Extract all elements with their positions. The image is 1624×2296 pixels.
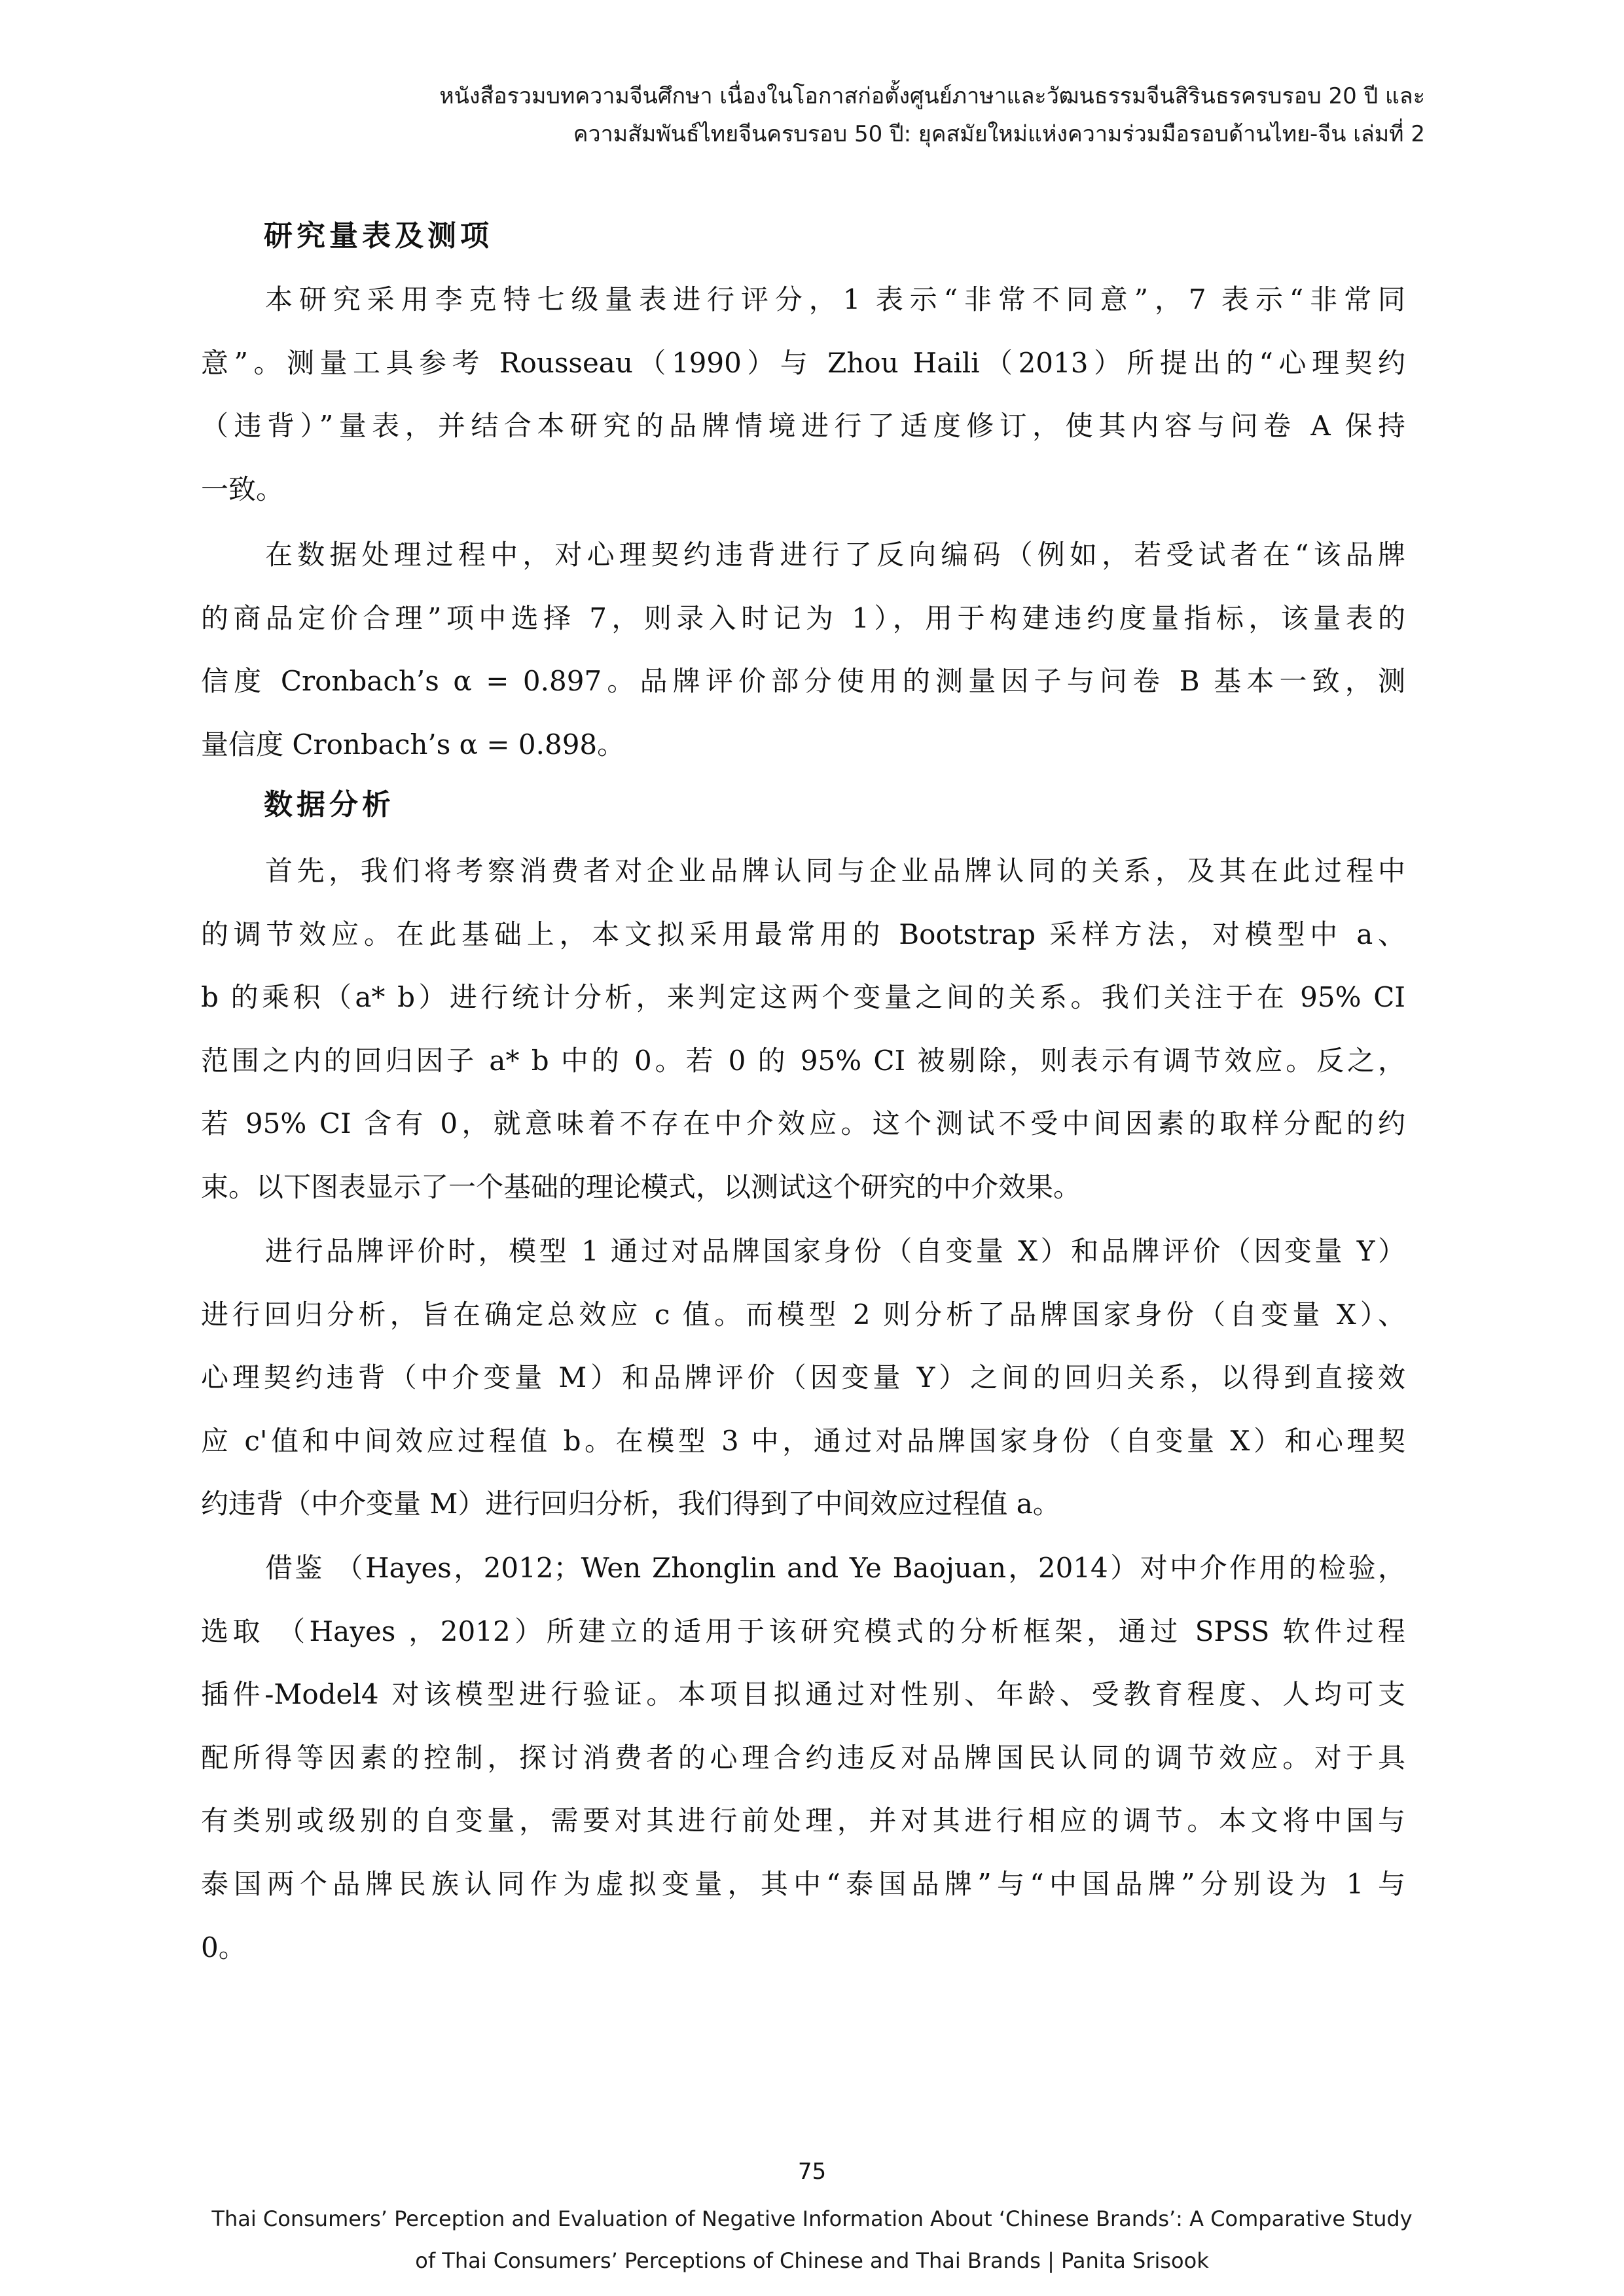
- paragraph-line: 配所得等因素的控制，探讨消费者的心理合约违反对品牌国民认同的调节效应。对于具: [201, 1727, 1405, 1790]
- running-footer: Thai Consumers’ Perception and Evaluatio…: [0, 2198, 1624, 2282]
- running-header: หนังสือรวมบทความจีนศึกษา เนื่องในโอกาสก่…: [439, 77, 1425, 153]
- paragraph-line: 本研究采用李克特七级量表进行评分，1 表示“非常不同意”，7 表示“非常同: [201, 268, 1405, 332]
- paragraph-models: 进行品牌评价时，模型 1 通过对品牌国家身份（自变量 X）和品牌评价（因变量 Y…: [201, 1220, 1405, 1536]
- running-header-line-2: ความสัมพันธ์ไทยจีนครบรอบ 50 ปี: ยุคสมัยใ…: [439, 115, 1425, 153]
- footer-title-line-2: of Thai Consumers’ Perceptions of Chines…: [0, 2240, 1624, 2282]
- paragraph-likert-scale: 本研究采用李克特七级量表进行评分，1 表示“非常不同意”，7 表示“非常同 意”…: [201, 268, 1405, 521]
- paragraph-line: 选取 （Hayes ，2012）所建立的适用于该研究模式的分析框架，通过 SPS…: [201, 1600, 1405, 1664]
- paragraph-line: 首先，我们将考察消费者对企业品牌认同与企业品牌认同的关系，及其在此过程中: [201, 840, 1405, 903]
- paragraph-line: 束。以下图表显示了一个基础的理论模式，以测试这个研究的中介效果。: [201, 1156, 1405, 1219]
- running-header-line-1: หนังสือรวมบทความจีนศึกษา เนื่องในโอกาสก่…: [439, 77, 1425, 115]
- section-heading-data-analysis: 数据分析: [264, 785, 395, 825]
- paragraph-line: 意”。测量工具参考 Rousseau（1990）与 Zhou Haili（201…: [201, 332, 1405, 395]
- paragraph-bootstrap: 首先，我们将考察消费者对企业品牌认同与企业品牌认同的关系，及其在此过程中 的调节…: [201, 840, 1405, 1219]
- paragraph-line: 的商品定价合理”项中选择 7，则录入时记为 1），用于构建违约度量指标，该量表的: [201, 587, 1405, 651]
- paragraph-line: 0。: [201, 1916, 1405, 1980]
- page-number: 75: [0, 2157, 1624, 2186]
- paragraph-line: 泰国两个品牌民族认同作为虚拟变量，其中“泰国品牌”与“中国品牌”分别设为 1 与: [201, 1853, 1405, 1916]
- paragraph-line: 范围之内的回归因子 a* b 中的 0。若 0 的 95% CI 被剔除，则表示…: [201, 1030, 1405, 1093]
- paragraph-line: 约违背（中介变量 M）进行回归分析，我们得到了中间效应过程值 a。: [201, 1473, 1405, 1536]
- paragraph-line: 一致。: [201, 458, 1405, 522]
- paragraph-line: 若 95% CI 含有 0，就意味着不存在中介效应。这个测试不受中间因素的取样分…: [201, 1092, 1405, 1156]
- paragraph-line: 量信度 Cronbach’s α = 0.898。: [201, 713, 1405, 777]
- paragraph-line: 的调节效应。在此基础上，本文拟采用最常用的 Bootstrap 采样方法，对模型…: [201, 903, 1405, 967]
- paragraph-line: b 的乘积（a* b）进行统计分析，来判定这两个变量之间的关系。我们关注于在 9…: [201, 966, 1405, 1030]
- paragraph-line: 有类别或级别的自变量，需要对其进行前处理，并对其进行相应的调节。本文将中国与: [201, 1789, 1405, 1853]
- paragraph-line: 进行回归分析，旨在确定总效应 c 值。而模型 2 则分析了品牌国家身份（自变量 …: [201, 1283, 1405, 1347]
- paragraph-line: （违背）”量表，并结合本研究的品牌情境进行了适度修订，使其内容与问卷 A 保持: [201, 395, 1405, 458]
- paragraph-line: 心理契约违背（中介变量 M）和品牌评价（因变量 Y）之间的回归关系，以得到直接效: [201, 1346, 1405, 1410]
- paragraph-line: 应 c'值和中间效应过程值 b。在模型 3 中，通过对品牌国家身份（自变量 X）…: [201, 1410, 1405, 1473]
- paragraph-reverse-coding: 在数据处理过程中，对心理契约违背进行了反向编码（例如，若受试者在“该品牌 的商品…: [201, 524, 1405, 776]
- paragraph-hayes-framework: 借鉴 （Hayes，2012；Wen Zhonglin and Ye Baoju…: [201, 1537, 1405, 1979]
- paragraph-line: 信度 Cronbach’s α = 0.897。品牌评价部分使用的测量因子与问卷…: [201, 650, 1405, 713]
- paragraph-line: 在数据处理过程中，对心理契约违背进行了反向编码（例如，若受试者在“该品牌: [201, 524, 1405, 587]
- paragraph-line: 进行品牌评价时，模型 1 通过对品牌国家身份（自变量 X）和品牌评价（因变量 Y…: [201, 1220, 1405, 1283]
- paragraph-line: 借鉴 （Hayes，2012；Wen Zhonglin and Ye Baoju…: [201, 1537, 1405, 1600]
- footer-title-line-1: Thai Consumers’ Perception and Evaluatio…: [0, 2198, 1624, 2240]
- paragraph-line: 插件-Model4 对该模型进行验证。本项目拟通过对性别、年龄、受教育程度、人均…: [201, 1663, 1405, 1727]
- section-heading-measurement: 研究量表及测项: [264, 217, 493, 256]
